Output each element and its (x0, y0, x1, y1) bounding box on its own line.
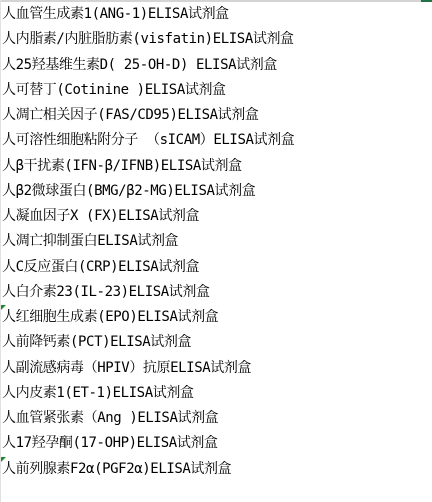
cell-text: 人内皮素1(ET-1)ELISA试剂盒 (2, 385, 194, 401)
cell-text: 人凋亡相关因子(FAS/CD95)ELISA试剂盒 (2, 107, 258, 123)
cell-row-6[interactable]: 人可溶性细胞粘附分子 （sICAM）ELISA试剂盒 (0, 128, 432, 153)
cell-text: 人可替丁(Cotinine )ELISA试剂盒 (2, 82, 226, 98)
cell-text: 人内脂素/内脏脂肪素(visfatin)ELISA试剂盒 (2, 31, 294, 47)
cell-text: 人17羟孕酮(17-OHP)ELISA试剂盒 (2, 435, 218, 451)
cell-row-14[interactable]: 人前降钙素(PCT)ELISA试剂盒 (0, 330, 432, 355)
error-indicator-icon[interactable] (1, 457, 6, 462)
cell-row-13[interactable]: 人红细胞生成素(EPO)ELISA试剂盒 (0, 305, 432, 330)
cell-row-17[interactable]: 人血管紧张素（Ang )ELISA试剂盒 (0, 406, 432, 431)
cell-row-4[interactable]: 人可替丁(Cotinine )ELISA试剂盒 (0, 78, 432, 103)
cell-text: 人C反应蛋白(CRP)ELISA试剂盒 (2, 259, 199, 275)
cell-row-1[interactable]: 人血管生成素1(ANG-1)ELISA试剂盒 (0, 2, 432, 27)
cell-row-11[interactable]: 人C反应蛋白(CRP)ELISA试剂盒 (0, 255, 432, 280)
cell-row-19[interactable]: 人前列腺素F2α(PGF2α)ELISA试剂盒 (0, 457, 432, 482)
cell-text: 人前列腺素F2α(PGF2α)ELISA试剂盒 (2, 461, 231, 477)
cell-row-3[interactable]: 人25羟基维生素D( 25-OH-D) ELISA试剂盒 (0, 53, 432, 78)
cell-text: 人β干扰素(IFN-β/IFNB)ELISA试剂盒 (2, 158, 242, 174)
cell-row-18[interactable]: 人17羟孕酮(17-OHP)ELISA试剂盒 (0, 431, 432, 456)
cell-row-5[interactable]: 人凋亡相关因子(FAS/CD95)ELISA试剂盒 (0, 103, 432, 128)
cell-text: 人β2微球蛋白(BMG/β2-MG)ELISA试剂盒 (2, 183, 255, 199)
cell-text: 人前降钙素(PCT)ELISA试剂盒 (2, 334, 191, 350)
cell-text: 人血管紧张素（Ang )ELISA试剂盒 (2, 410, 218, 426)
error-indicator-icon[interactable] (1, 305, 6, 310)
cell-row-10[interactable]: 人凋亡抑制蛋白ELISA试剂盒 (0, 229, 432, 254)
cell-row-2[interactable]: 人内脂素/内脏脂肪素(visfatin)ELISA试剂盒 (0, 27, 432, 52)
cell-row-15[interactable]: 人副流感病毒（HPIV）抗原ELISA试剂盒 (0, 356, 432, 381)
cell-row-7[interactable]: 人β干扰素(IFN-β/IFNB)ELISA试剂盒 (0, 154, 432, 179)
cell-text: 人凋亡抑制蛋白ELISA试剂盒 (2, 233, 178, 249)
cell-row-8[interactable]: 人β2微球蛋白(BMG/β2-MG)ELISA试剂盒 (0, 179, 432, 204)
cell-text: 人白介素23(IL-23)ELISA试剂盒 (2, 284, 210, 300)
cell-row-12[interactable]: 人白介素23(IL-23)ELISA试剂盒 (0, 280, 432, 305)
cell-text: 人血管生成素1(ANG-1)ELISA试剂盒 (2, 6, 229, 22)
cell-text: 人凝血因子X (FX)ELISA试剂盒 (2, 208, 199, 224)
cell-text: 人可溶性细胞粘附分子 （sICAM）ELISA试剂盒 (2, 132, 294, 148)
cell-row-16[interactable]: 人内皮素1(ET-1)ELISA试剂盒 (0, 381, 432, 406)
cell-text: 人红细胞生成素(EPO)ELISA试剂盒 (2, 309, 218, 325)
spreadsheet-column: 人血管生成素1(ANG-1)ELISA试剂盒 人内脂素/内脏脂肪素(visfat… (0, 2, 432, 482)
cell-row-9[interactable]: 人凝血因子X (FX)ELISA试剂盒 (0, 204, 432, 229)
cell-text: 人25羟基维生素D( 25-OH-D) ELISA试剂盒 (2, 57, 277, 73)
cell-text: 人副流感病毒（HPIV）抗原ELISA试剂盒 (2, 360, 251, 376)
